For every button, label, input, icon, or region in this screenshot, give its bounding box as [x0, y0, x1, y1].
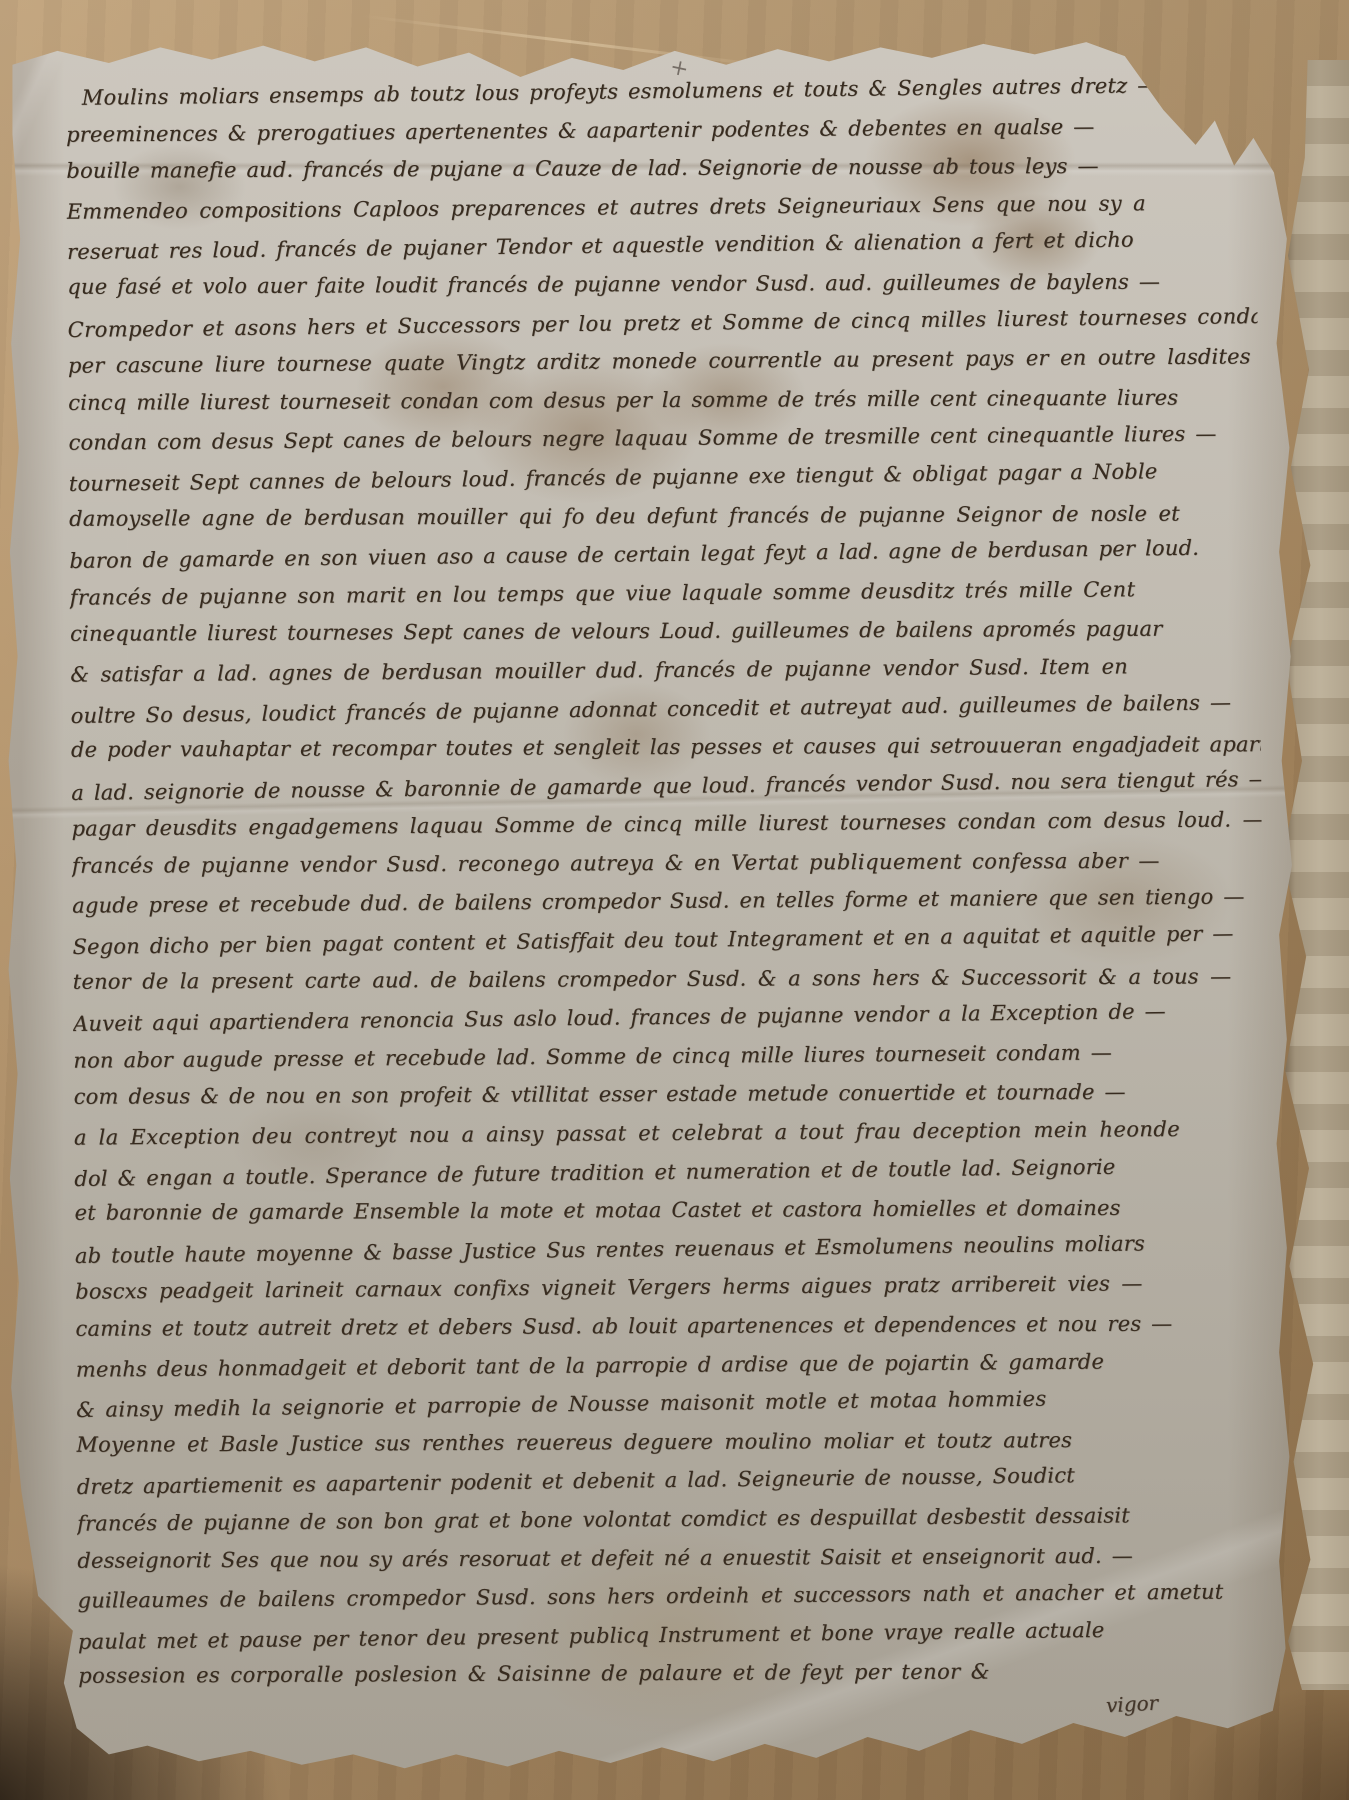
manuscript-line: camins et toutz autreit dretz et debers … [75, 1304, 1265, 1348]
manuscript-line: francés de pujanne vendor Susd. reconego… [72, 841, 1262, 885]
manuscript-line: cinequantle liurest tourneses Sept canes… [70, 610, 1260, 654]
catchword: vigor [1105, 1691, 1158, 1718]
folded-second-sheet-edge [1281, 60, 1349, 1690]
manuscript-line: possesion es corporalle poslesion & Sais… [78, 1652, 1268, 1696]
manuscript-lines: Moulins moliars ensemps ab toutz lous pr… [66, 67, 1269, 1697]
manuscript-line: com desus & de nou en son profeit & vtil… [74, 1073, 1264, 1117]
manuscript-page: + Moulins moliars ensemps ab toutz lous … [6, 30, 1292, 1770]
manuscript-line: desseignorit Ses que nou sy arés resorua… [77, 1536, 1267, 1580]
manuscript-line: bouille manefie aud. francés de pujane a… [66, 146, 1256, 190]
manuscript-line: cincq mille liurest tourneseit condan co… [68, 378, 1258, 422]
